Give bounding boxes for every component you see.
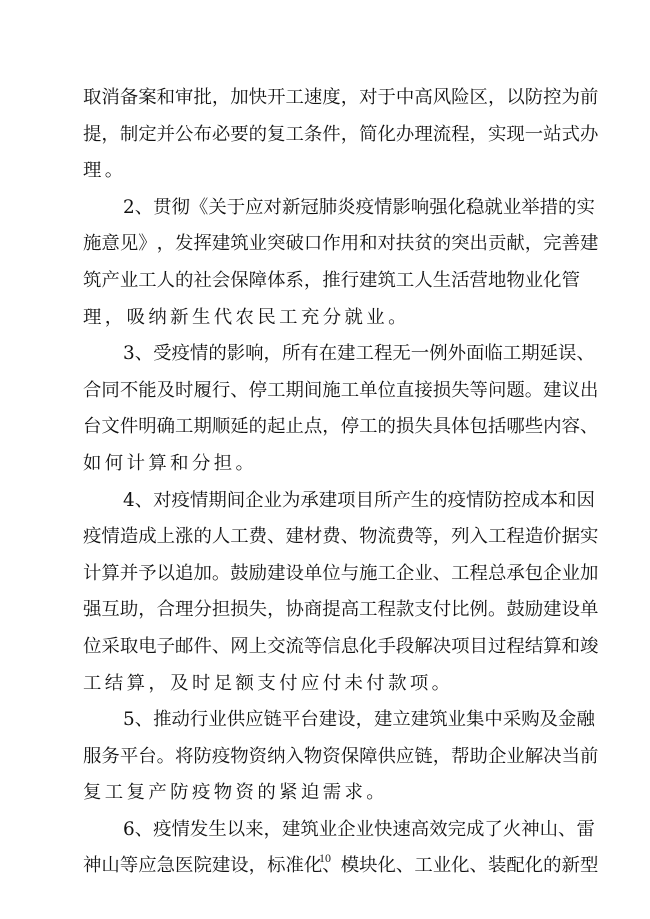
text-line: 疫情造成上涨的人工费、建材费、物流费等，列入工程造价据实 xyxy=(83,519,565,556)
paragraph-item-2: 2、贯彻《关于应对新冠肺炎疫情影响强化稳就业举措的实 施意见》，发挥建筑业突破口… xyxy=(83,190,565,336)
text-line: 施意见》，发挥建筑业突破口作用和对扶贫的突出贡献，完善建 xyxy=(83,226,565,263)
paragraph-continued: 取消备案和审批，加快开工速度，对于中高风险区，以防控为前 提，制定并公布必要的复… xyxy=(83,80,565,190)
text-line: 理。 xyxy=(83,153,565,190)
text-line: 复工复产防疫物资的紧迫需求。 xyxy=(83,775,565,812)
paragraph-item-4: 4、对疫情期间企业为承建项目所产生的疫情防控成本和因 疫情造成上涨的人工费、建材… xyxy=(83,483,565,703)
body-text: 取消备案和审批，加快开工速度，对于中高风险区，以防控为前 提，制定并公布必要的复… xyxy=(83,80,565,885)
paragraph-item-5: 5、推动行业供应链平台建设，建立建筑业集中采购及金融 服务平台。将防疫物资纳入物… xyxy=(83,702,565,812)
text-line: 如何计算和分担。 xyxy=(83,446,565,483)
text-line: 工结算，及时足额支付应付未付款项。 xyxy=(83,666,565,703)
text-line: 强互助，合理分担损失，协商提高工程款支付比例。鼓励建设单 xyxy=(83,592,565,629)
text-line: 位采取电子邮件、网上交流等信息化手段解决项目过程结算和竣 xyxy=(83,629,565,666)
text-line: 合同不能及时履行、停工期间施工单位直接损失等问题。建议出 xyxy=(83,373,565,410)
text-line: 4、对疫情期间企业为承建项目所产生的疫情防控成本和因 xyxy=(83,483,565,520)
text-line: 筑产业工人的社会保障体系，推行建筑工人生活营地物业化管 xyxy=(83,263,565,300)
text-line: 2、贯彻《关于应对新冠肺炎疫情影响强化稳就业举措的实 xyxy=(83,190,565,227)
page-number: 10 xyxy=(0,851,650,866)
text-line: 计算并予以追加。鼓励建设单位与施工企业、工程总承包企业加 xyxy=(83,556,565,593)
text-line: 5、推动行业供应链平台建设，建立建筑业集中采购及金融 xyxy=(83,702,565,739)
text-line: 取消备案和审批，加快开工速度，对于中高风险区，以防控为前 xyxy=(83,80,565,117)
text-line: 提，制定并公布必要的复工条件，简化办理流程，实现一站式办 xyxy=(83,117,565,154)
text-line: 台文件明确工期顺延的起止点，停工的损失具体包括哪些内容、 xyxy=(83,409,565,446)
paragraph-item-3: 3、受疫情的影响，所有在建工程无一例外面临工期延误、 合同不能及时履行、停工期间… xyxy=(83,336,565,482)
text-line: 服务平台。将防疫物资纳入物资保障供应链，帮助企业解决当前 xyxy=(83,739,565,776)
text-line: 3、受疫情的影响，所有在建工程无一例外面临工期延误、 xyxy=(83,336,565,373)
document-page: 取消备案和审批，加快开工速度，对于中高风险区，以防控为前 提，制定并公布必要的复… xyxy=(0,0,650,919)
text-line: 6、疫情发生以来，建筑业企业快速高效完成了火神山、雷 xyxy=(83,812,565,849)
text-line: 理，吸纳新生代农民工充分就业。 xyxy=(83,300,565,337)
paragraph-item-6: 6、疫情发生以来，建筑业企业快速高效完成了火神山、雷 神山等应急医院建设，标准化… xyxy=(83,812,565,885)
